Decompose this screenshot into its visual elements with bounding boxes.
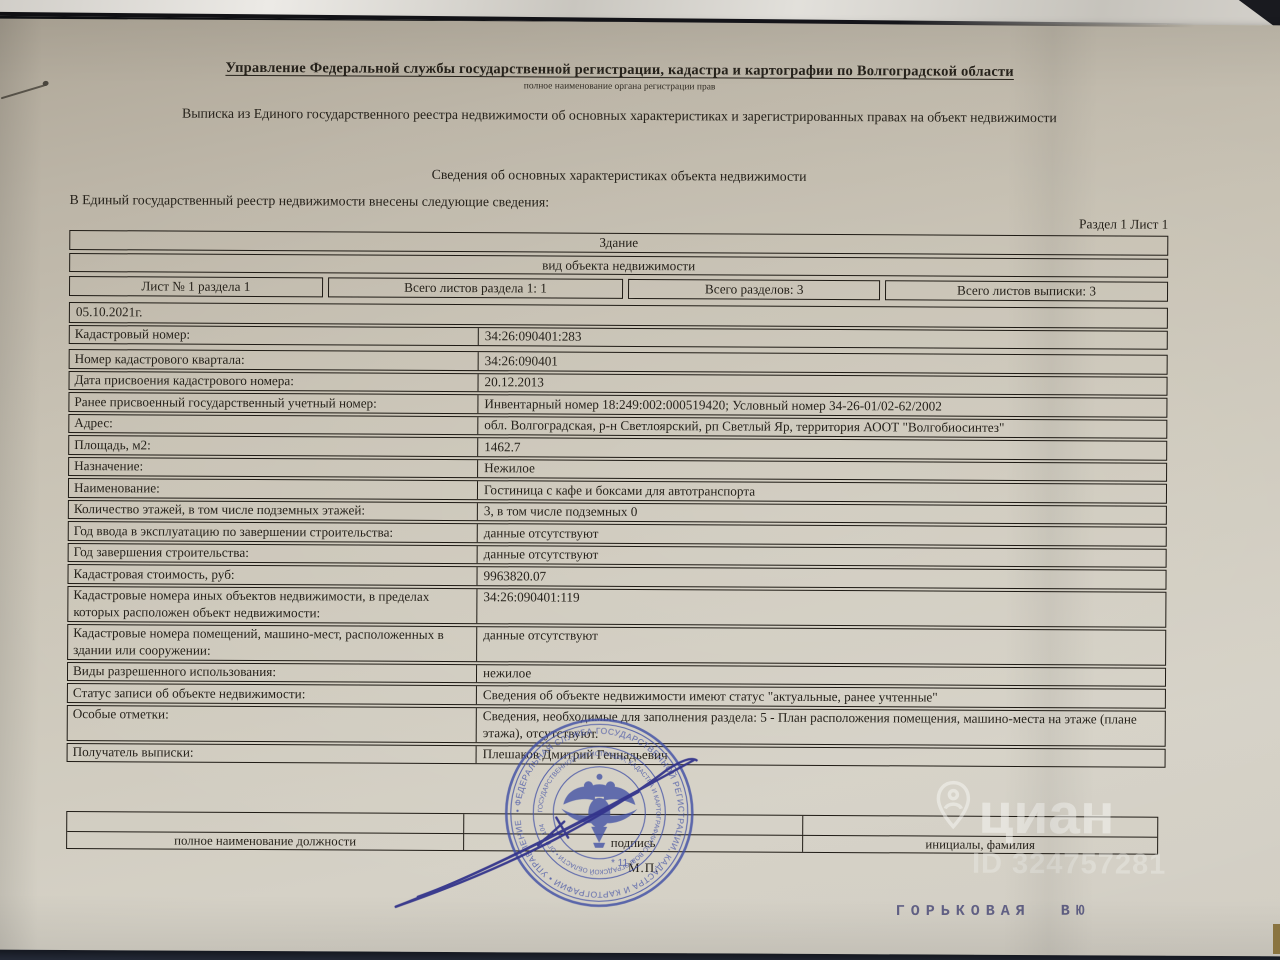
cian-pin-icon: [934, 780, 972, 836]
object-type-row: Здание: [69, 230, 1168, 255]
table-row: Кадастровый номер: 34:26:090401:283: [69, 325, 1168, 350]
row-label: Год завершения строительства:: [69, 544, 477, 564]
row-label: Кадастровая стоимость, руб:: [68, 565, 476, 585]
watermark-id: ID 324757281: [972, 848, 1166, 882]
document-title: Выписка из Единого государственного реес…: [70, 105, 1169, 127]
row-value: данные отсутствуют: [477, 524, 1166, 545]
row-label: Ранее присвоенный государственный учетны…: [69, 393, 477, 413]
row-value: Нежилое: [477, 460, 1166, 481]
object-type-caption-row: вид объекта недвижимости: [69, 253, 1168, 278]
sheet-cell: Всего листов раздела 1: 1: [328, 277, 624, 299]
row-label: Назначение:: [69, 458, 477, 478]
sheet-cell: Лист № 1 раздела 1: [69, 276, 323, 297]
row-label: Дата присвоения кадастрового номера:: [70, 372, 478, 392]
row-value: Инвентарный номер 18:249:002:000519420; …: [477, 395, 1166, 416]
row-value: 3, в том числе подземных 0: [477, 503, 1166, 524]
document-photo: Управление Федеральной службы государств…: [0, 0, 1280, 960]
sheet-cell: Всего разделов: 3: [628, 279, 880, 300]
intro-line: В Единый государственный реестр недвижим…: [69, 192, 1168, 214]
row-label: Кадастровые номера иных объектов недвижи…: [68, 587, 476, 623]
row-value: обл. Волгоградская, р-н Светлоярский, рп…: [477, 417, 1166, 438]
table-edge-sliver: [1273, 924, 1280, 954]
section-heading: Сведения об основных характеристиках объ…: [70, 165, 1169, 187]
sheet-info-row: Лист № 1 раздела 1 Всего листов раздела …: [69, 276, 1168, 302]
org-title: Управление Федеральной службы государств…: [70, 59, 1169, 82]
row-value: 1462.7: [477, 438, 1166, 459]
row-value: данные отсутствуют: [477, 546, 1166, 567]
row-label: Наименование:: [69, 479, 477, 499]
staple-mark-icon: [1, 84, 46, 99]
official-seal: • ФЕДЕРАЛЬНАЯ СЛУЖБА ГОСУДАРСТВЕННОЙ РЕГ…: [378, 649, 720, 951]
org-caption: полное наименование органа регистрации п…: [70, 79, 1169, 96]
date-row: 05.10.2021г.: [69, 302, 1168, 328]
row-label: Площадь, м2:: [69, 436, 477, 456]
section-page-label: Раздел 1 Лист 1: [69, 211, 1168, 233]
row-value: Гостиница с кафе и боксами для автотранс…: [477, 481, 1166, 502]
document-page: Управление Федеральной службы государств…: [0, 19, 1280, 957]
cian-watermark: циан: [978, 784, 1115, 845]
row-value: 20.12.2013: [478, 374, 1167, 395]
row-label: Кадастровый номер:: [70, 326, 478, 346]
row-value: 34:26:090401: [478, 352, 1167, 373]
row-value: 34:26:090401:283: [478, 328, 1167, 349]
row-label: Номер кадастрового квартала:: [70, 350, 478, 370]
table-row: Кадастровые номера иных объектов недвижи…: [67, 586, 1166, 628]
sheet-cell: Всего листов выписки: 3: [885, 280, 1168, 301]
row-label: Количество этажей, в том числе подземных…: [69, 501, 477, 521]
row-label: Адрес:: [69, 415, 477, 435]
row-value: 9963820.07: [476, 567, 1165, 588]
registrar-name-stamp: ГОРЬКОВАЯ ВЮ: [896, 903, 1091, 920]
row-value: 34:26:090401:119: [476, 589, 1165, 627]
seal-number: * 11 *: [611, 858, 635, 869]
row-label: Год ввода в эксплуатацию по завершении с…: [69, 522, 477, 542]
